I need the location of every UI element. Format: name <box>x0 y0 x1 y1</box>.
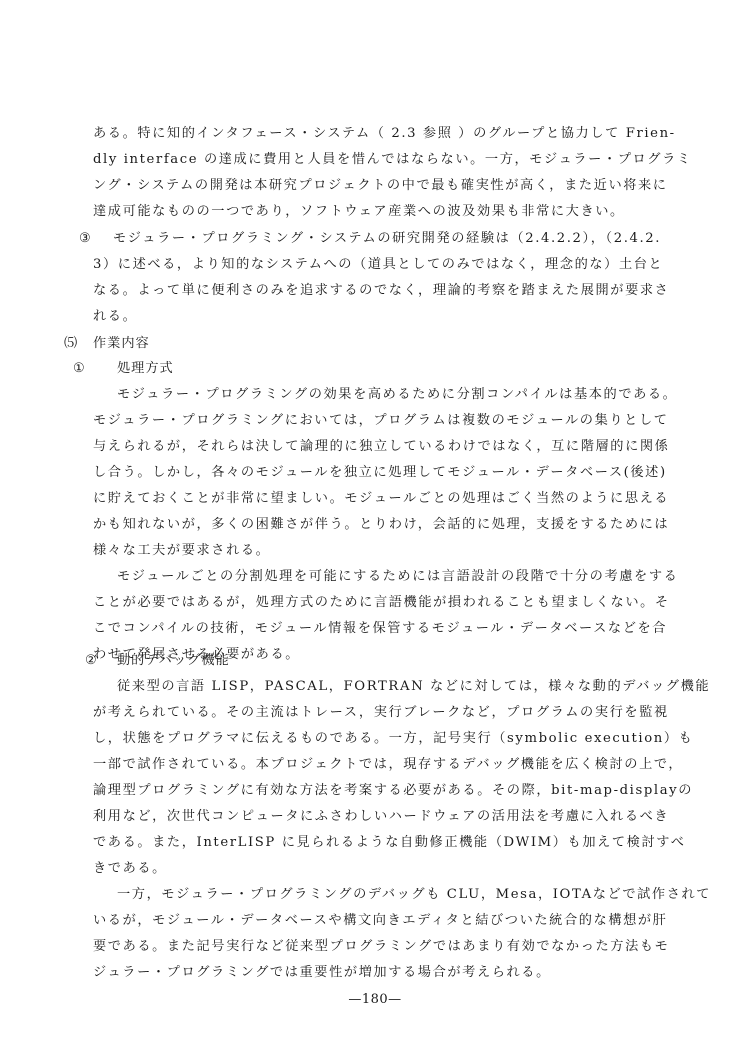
sub2-p1-line-4: 一部で試作されている。本プロジェクトでは，現存するデバッグ機能を広く検討の上で， <box>93 755 697 775</box>
section5-title: 作業内容 <box>93 334 150 354</box>
document-page: ある。特に知的インタフェース・システム（ 2.3 参照 ）のグループと協力して … <box>0 0 750 1054</box>
sub1-p2-line-2: ことが必要ではあるが，処理方式のために言語機能が損われることも望ましくない。そ <box>93 593 697 613</box>
sub1-p1-line-4: し合う。しかし，各々のモジュールを独立に処理してモジュール・データベース(後述) <box>93 463 697 483</box>
sub1-p1-line-7: 様々な工夫が要求される。 <box>93 541 697 561</box>
sub1-p1-line-6: かも知れないが，多くの困難さが伴う。とりわけ，会話的に処理，支援をするためには <box>93 515 697 535</box>
sub1-p1-line-1: モジュラー・プログラミングの効果を高めるために分割コンパイルは基本的である。 <box>117 385 697 405</box>
sub2-p1-line-8: きである。 <box>93 859 697 879</box>
item3-line-1: モジュラー・プログラミング・システムの研究開発の経験は（2.4.2.2），（2.… <box>113 229 697 249</box>
item3-line-2: 3）に述べる，より知的なシステムへの（道具としてのみではなく，理念的な）土台と <box>93 255 697 275</box>
subsection2-title: 動的デバッグ機能 <box>117 651 230 671</box>
sub2-p1-line-7: である。また，InterLISP に見られるような自動修正機能（DWIM）も加え… <box>93 833 697 853</box>
sub2-p1-line-6: 利用など，次世代コンピュータにふさわしいハードウェアの活用法を考慮に入れるべき <box>93 807 697 827</box>
item3-marker: ③ <box>79 229 91 249</box>
subsection1-marker: ① <box>73 359 85 379</box>
intro-line-2: dly interface の達成に費用と人員を惜んではならない。一方，モジュラ… <box>93 150 697 170</box>
intro-line-3: ング・システムの開発は本研究プロジェクトの中で最も確実性が高く，また近い将来に <box>93 176 697 196</box>
sub1-p2-line-3: こでコンパイルの技術，モジュール情報を保管するモジュール・データベースなどを合 <box>93 619 697 639</box>
intro-line-4: 達成可能なものの一つであり，ソフトウェア産業への波及効果も非常に大きい。 <box>93 202 697 222</box>
subsection2-marker: ② <box>85 651 97 671</box>
sub1-p2-line-1: モジュールごとの分割処理を可能にするためには言語設計の段階で十分の考慮をする <box>117 567 697 587</box>
sub2-p2-line-2: いるが，モジュール・データベースや構文向きエディタと結びついた統合的な構想が肝 <box>93 911 697 931</box>
sub2-p2-line-3: 要である。また記号実行など従来型プログラミングではあまり有効でなかった方法もモ <box>93 937 697 957</box>
sub2-p2-line-4: ジュラー・プログラミングでは重要性が増加する場合が考えられる。 <box>93 963 697 983</box>
sub1-p1-line-3: 与えられるが，それらは決して論理的に独立しているわけではなく，互に階層的に関係 <box>93 437 697 457</box>
item3-line-3: なる。よって単に便利さのみを追求するのでなく，理論的考察を踏まえた展開が要求さ <box>93 281 697 301</box>
sub2-p2-line-1: 一方，モジュラー・プログラミングのデバッグも CLU，Mesa，IOTAなどで試… <box>117 885 697 905</box>
item3-line-4: れる。 <box>93 307 697 327</box>
page-number: —180— <box>0 990 750 1010</box>
sub2-p1-line-1: 従来型の言語 LISP，PASCAL，FORTRAN などに対しては，様々な動的… <box>117 677 697 697</box>
sub2-p1-line-5: 論理型プログラミングに有効な方法を考案する必要がある。その際，bit-map-d… <box>93 781 697 801</box>
sub1-p1-line-5: に貯えておくことが非常に望ましい。モジュールごとの処理はごく当然のように思える <box>93 489 697 509</box>
intro-line-1: ある。特に知的インタフェース・システム（ 2.3 参照 ）のグループと協力して … <box>93 124 697 144</box>
sub2-p1-line-2: が考えられている。その主流はトレース，実行ブレークなど，プログラムの実行を監視 <box>93 703 697 723</box>
section5-marker: ⑸ <box>64 334 77 354</box>
subsection1-title: 処理方式 <box>117 359 174 379</box>
sub1-p1-line-2: モジュラー・プログラミングにおいては，プログラムは複数のモジュールの集りとして <box>93 411 697 431</box>
sub2-p1-line-3: し，状態をプログラマに伝えるものである。一方，記号実行（symbolic exe… <box>93 729 697 749</box>
